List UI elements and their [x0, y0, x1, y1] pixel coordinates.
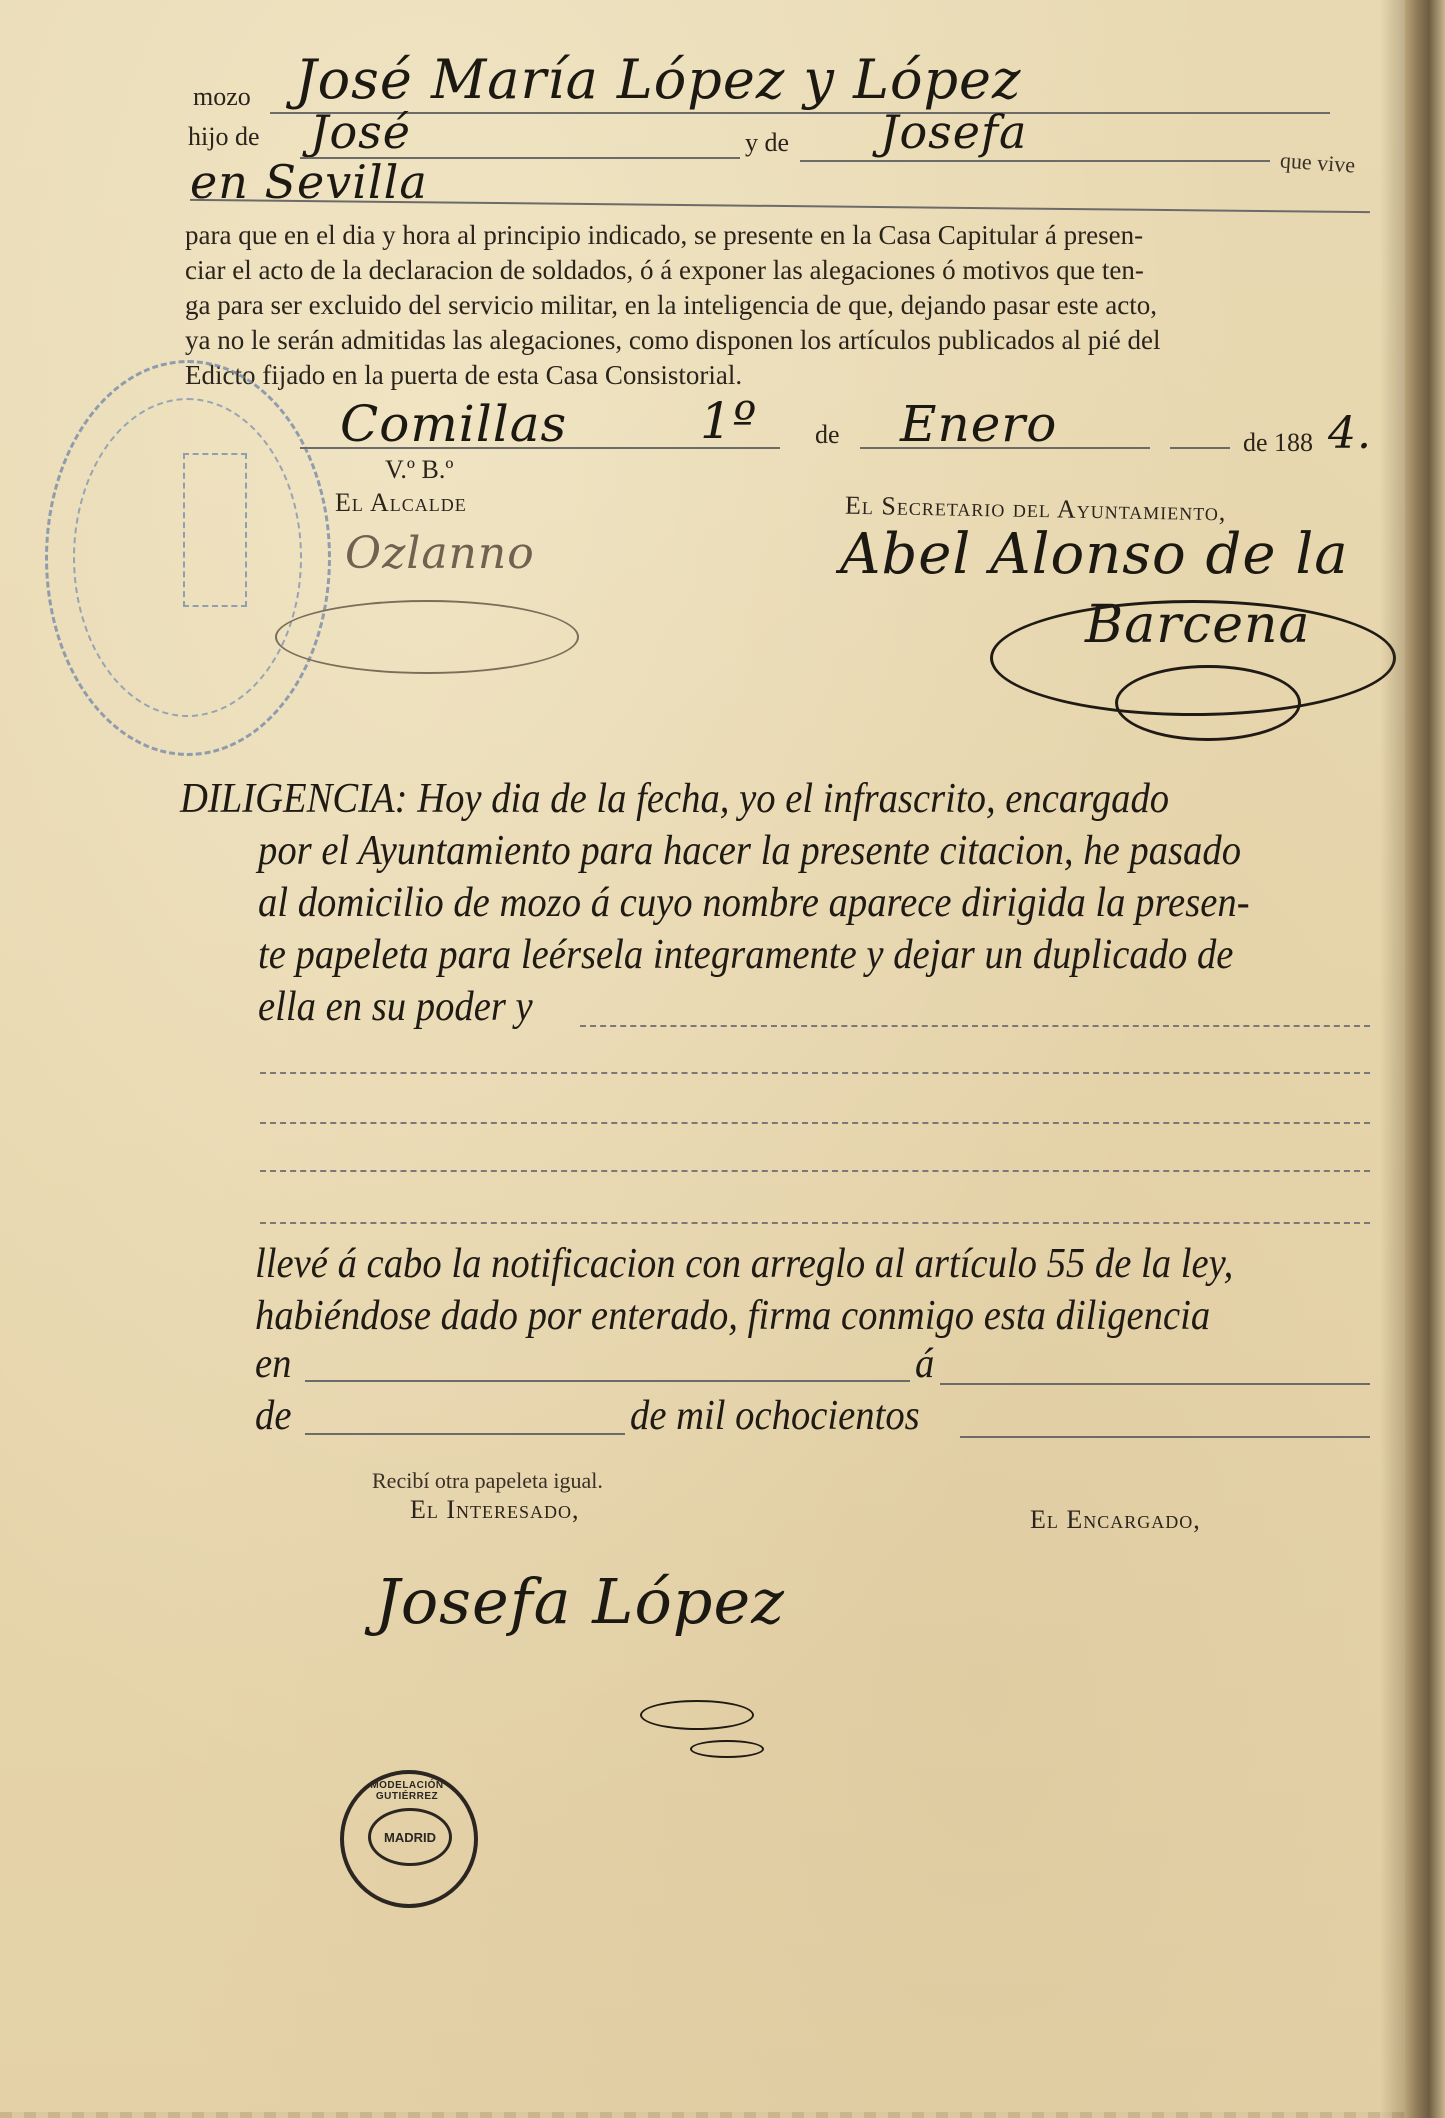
interesado-flourish [640, 1700, 754, 1730]
municipal-seal-stamp [45, 360, 331, 756]
citation-line: ga para ser excluido del servicio milita… [185, 288, 1365, 323]
citation-line: ciar el acto de la declaracion de soldad… [185, 253, 1365, 288]
alcalde-label: El Alcalde [335, 488, 467, 518]
printer-stamp: MODELACIÓN GUTIÉRREZ MADRID [340, 1770, 478, 1908]
de-label: de [255, 1392, 291, 1440]
date-place-handwritten: Comillas [340, 395, 567, 453]
book-spine [1405, 0, 1445, 2118]
citation-line: ya no le serán admitidas las alegaciones… [185, 323, 1365, 358]
diligencia-line: ella en su poder y [258, 983, 533, 1031]
en-label: en [255, 1340, 291, 1388]
alcalde-signature: Ozlanno [345, 528, 535, 579]
printer-stamp-center: MADRID [368, 1808, 452, 1866]
mozo-label: mozo [193, 82, 251, 112]
que-vive-label: que vive [1279, 147, 1356, 178]
citation-line: para que en el dia y hora al principio i… [185, 218, 1365, 253]
father-name-handwritten: José [310, 105, 411, 159]
date-month-handwritten: Enero [900, 395, 1057, 453]
date-filler-underline [1170, 447, 1230, 449]
mother-underline [800, 160, 1270, 162]
page-bottom-edge [0, 2112, 1405, 2118]
year-blank-field[interactable] [960, 1436, 1370, 1438]
interesado-flourish-small [690, 1740, 764, 1758]
closing-line: llevé á cabo la notificacion con arreglo… [255, 1240, 1233, 1288]
a-label: á [915, 1340, 934, 1388]
recibi-text: Recibí otra papeleta igual. [372, 1468, 603, 1494]
date-year-handwritten: 4. [1328, 408, 1372, 459]
de-blank-field[interactable] [305, 1433, 625, 1435]
blank-line[interactable] [260, 1222, 1370, 1224]
de-mil-ochocientos-label: de mil ochocientos [630, 1392, 920, 1440]
mozo-name-handwritten: José María López y López [295, 48, 1021, 111]
blank-line[interactable] [260, 1170, 1370, 1172]
encargado-label: El Encargado, [1030, 1505, 1201, 1535]
seal-tower-icon [183, 453, 247, 607]
diligencia-line: te papeleta para leérsela integramente y… [258, 931, 1233, 979]
diligencia-heading: DILIGENCIA: [180, 776, 408, 822]
secretario-flourish-loop-small [1115, 665, 1301, 741]
diligencia-line: al domicilio de mozo á cuyo nombre apare… [258, 879, 1250, 927]
diligencia-line: Hoy dia de la fecha, yo el infrascrito, … [417, 776, 1169, 822]
interesado-label: El Interesado, [410, 1495, 580, 1525]
date-month-underline [860, 447, 1150, 449]
closing-line: habiéndose dado por enterado, firma conm… [255, 1292, 1210, 1340]
citation-line: Edicto fijado en la puerta de esta Casa … [185, 358, 1365, 393]
blank-line[interactable] [260, 1072, 1370, 1074]
vobo-label: V.º B.º [385, 455, 453, 485]
alcalde-signature-flourish [275, 600, 579, 674]
document-page: mozo José María López y López hijo de Jo… [0, 0, 1405, 2118]
hijo-de-label: hijo de [188, 122, 260, 152]
a-blank-field[interactable] [940, 1383, 1370, 1385]
y-de-label: y de [745, 128, 789, 158]
blank-line[interactable] [260, 1122, 1370, 1124]
mother-name-handwritten: Josefa [880, 105, 1027, 159]
diligencia-blank-line[interactable] [580, 1025, 1370, 1027]
diligencia-line: por el Ayuntamiento para hacer la presen… [258, 827, 1241, 875]
citation-paragraph: para que en el dia y hora al principio i… [185, 218, 1365, 393]
date-de-label: de [815, 420, 840, 450]
diligencia-first-line: DILIGENCIA: Hoy dia de la fecha, yo el i… [180, 775, 1169, 823]
printer-stamp-ring-text: MODELACIÓN GUTIÉRREZ [348, 1780, 466, 1802]
interesado-signature: Josefa López [375, 1565, 785, 1638]
mozo-underline [270, 112, 1330, 114]
secretario-signature-line1: Abel Alonso de la [840, 522, 1349, 587]
date-year-prefix: de 188 [1243, 428, 1313, 458]
en-blank-field[interactable] [305, 1380, 910, 1382]
date-day-handwritten: 1º [700, 392, 757, 450]
